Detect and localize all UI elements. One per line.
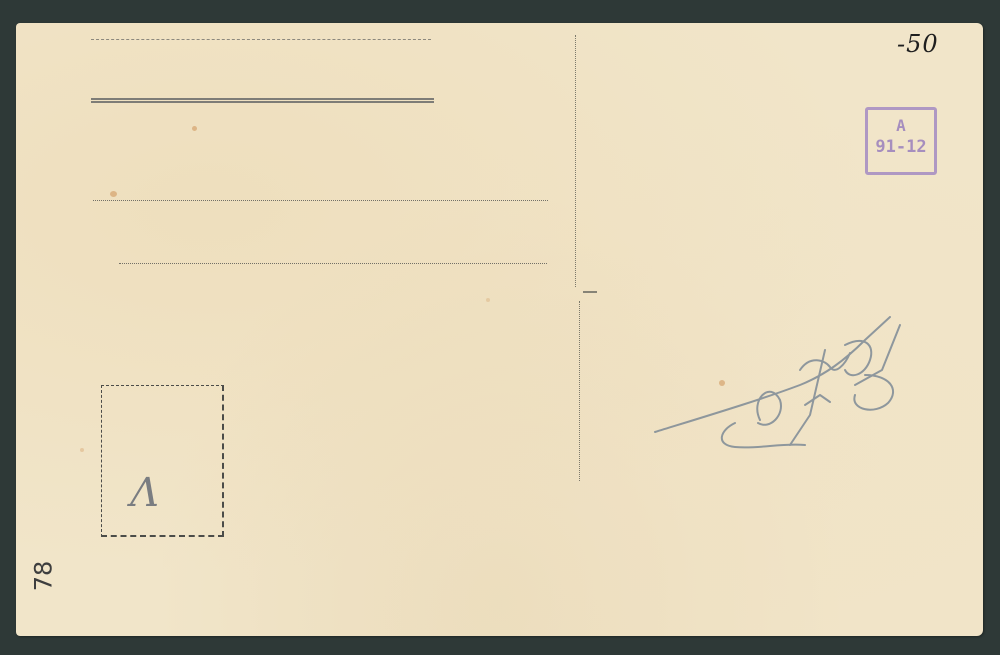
address-line-4 <box>119 263 547 264</box>
stain <box>486 298 490 302</box>
address-line-2 <box>91 98 434 103</box>
stain <box>192 126 197 131</box>
stamp-box <box>101 385 224 537</box>
stain <box>110 191 117 197</box>
center-divider-top <box>575 35 576 287</box>
divider-tick <box>583 291 597 293</box>
inventory-stamp-letter: A <box>868 116 934 135</box>
center-divider-bottom <box>579 301 580 481</box>
signature-icon <box>650 305 915 455</box>
price-note: -50 <box>897 30 939 58</box>
inventory-stamp-code: 91-12 <box>868 137 934 157</box>
address-line-3 <box>93 200 548 201</box>
address-line-1 <box>91 39 431 40</box>
reference-number: 78 <box>29 561 57 592</box>
inventory-stamp: A 91-12 <box>865 107 937 175</box>
stain <box>80 448 84 452</box>
